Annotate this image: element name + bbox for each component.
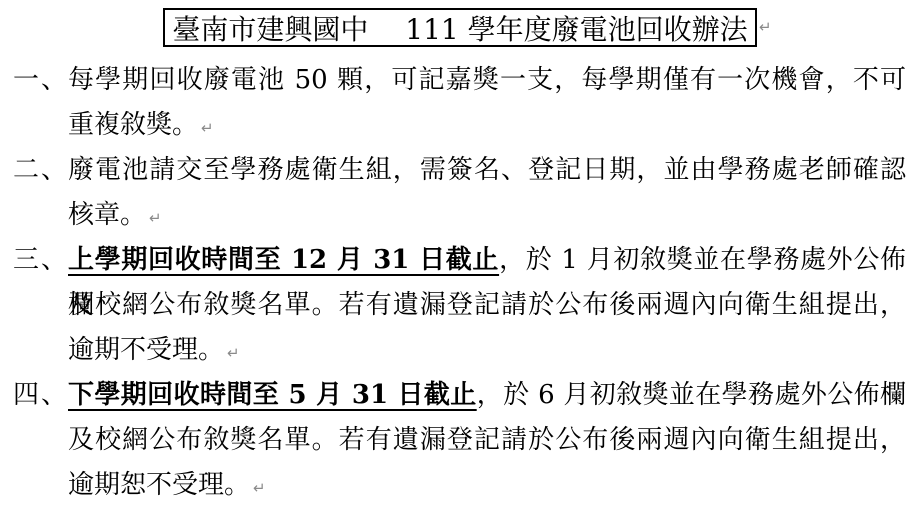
list-item-line: 二、廢電池請交至學務處衛生組，需簽名、登記日期，並由學務處老師確認 [13,148,909,193]
list-item-line: 及校網公布敘獎名單。若有遺漏登記請於公布後兩週內向衛生組提出， [13,418,909,463]
document-page: 臺南市建興國中 111 學年度廢電池回收辦法 ↵ 一、每學期回收廢電池 50 顆… [0,0,921,522]
list-item-text: 上學期回收時間至 12 月 31 日截止，於 1 月初敘獎並在學務處外公佈欄 [68,238,906,283]
list-item-line: 重複敘獎。↵ [13,103,909,148]
paragraph-mark-icon: ↵ [227,344,240,362]
list-item-line: 一、每學期回收廢電池 50 顆，可記嘉獎一支，每學期僅有一次機會，不可 [13,58,909,103]
list-item-line: 逾期不受理。↵ [13,328,909,373]
paragraph-mark-icon: ↵ [253,479,266,497]
paragraph-mark-icon: ↵ [149,209,162,227]
document-title: 臺南市建興國中 111 學年度廢電池回收辦法 [172,8,747,48]
body-text: 廢電池請交至學務處衛生組，需簽名、登記日期，並由學務處老師確認 [68,155,906,185]
body-text: 逾期恕不受理。 [68,470,250,500]
deadline-emphasis-text: 上學期回收時間至 12 月 31 日截止 [68,245,499,275]
document-title-box: 臺南市建興國中 111 學年度廢電池回收辦法 [163,8,757,47]
list-item-line: 三、上學期回收時間至 12 月 31 日截止，於 1 月初敘獎並在學務處外公佈欄 [13,238,909,283]
list-item-text: 及校網公布敘獎名單。若有遺漏登記請於公布後兩週內向衛生組提出， [68,418,906,463]
list-item-indent [13,463,68,508]
list-item-text: 及校網公布敘獎名單。若有遺漏登記請於公布後兩週內向衛生組提出， [68,283,906,328]
list-item-indent [13,103,68,148]
body-text: 及校網公布敘獎名單。若有遺漏登記請於公布後兩週內向衛生組提出， [68,425,906,455]
list-item-text: 重複敘獎。↵ [68,103,906,148]
deadline-emphasis-text: 下學期回收時間至 5 月 31 日截止 [68,380,477,410]
paragraph-mark-icon: ↵ [201,119,214,137]
list-item-line: 四、下學期回收時間至 5 月 31 日截止，於 6 月初敘獎並在學務處外公佈欄 [13,373,909,418]
body-text: 及校網公布敘獎名單。若有遺漏登記請於公布後兩週內向衛生組提出， [68,290,906,320]
body-text: 核章。 [68,200,146,230]
list-item-marker: 二、 [13,148,68,193]
list-item-text: 核章。↵ [68,193,906,238]
list-item-text: 逾期不受理。↵ [68,328,906,373]
list-item-line: 及校網公布敘獎名單。若有遺漏登記請於公布後兩週內向衛生組提出， [13,283,909,328]
list-item-indent [13,193,68,238]
list-item-text: 下學期回收時間至 5 月 31 日截止，於 6 月初敘獎並在學務處外公佈欄 [68,373,906,418]
list-item-text: 每學期回收廢電池 50 顆，可記嘉獎一支，每學期僅有一次機會，不可 [68,58,906,103]
list-item-line: 核章。↵ [13,193,909,238]
list-item-marker: 三、 [13,238,68,283]
list-item-marker: 四、 [13,373,68,418]
list-item-text: 廢電池請交至學務處衛生組，需簽名、登記日期，並由學務處老師確認 [68,148,906,193]
body-text: ，於 6 月初敘獎並在學務處外公佈欄 [477,380,906,410]
body-text: 每學期回收廢電池 50 顆，可記嘉獎一支，每學期僅有一次機會，不可 [68,65,906,95]
list-item-marker: 一、 [13,58,68,103]
paragraph-mark-icon: ↵ [759,18,772,36]
list-item-text: 逾期恕不受理。↵ [68,463,906,508]
list-item-indent [13,283,68,328]
body-text: 重複敘獎。 [68,110,198,140]
list-item-line: 逾期恕不受理。↵ [13,463,909,508]
list-item-indent [13,328,68,373]
list-item-indent [13,418,68,463]
body-text: 逾期不受理。 [68,335,224,365]
document-body: 一、每學期回收廢電池 50 顆，可記嘉獎一支，每學期僅有一次機會，不可重複敘獎。… [13,58,909,508]
